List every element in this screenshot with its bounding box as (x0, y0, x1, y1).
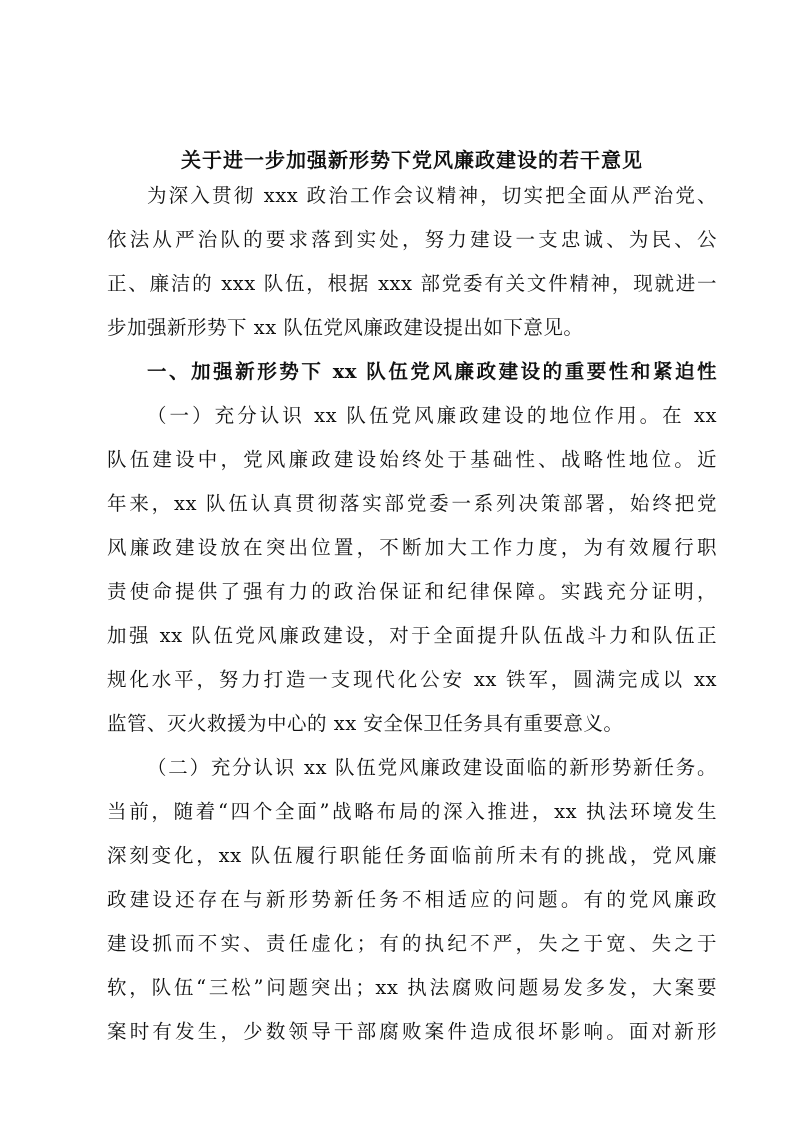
paragraph-line: 责使命提供了强有力的政治保证和纪律保障。实践充分证明， (107, 578, 717, 606)
paragraph-line: 队伍建设中，党风廉政建设始终处于基础性、战略性地位。近 (107, 446, 717, 474)
paragraph-line: 政建设还存在与新形势新任务不相适应的问题。有的党风廉政 (107, 886, 717, 914)
paragraph-line: 软，队伍“三松”问题突出；xx 执法腐败问题易发多发，大案要 (107, 974, 717, 1002)
paragraph-line: 监管、灭火救援为中心的 xx 安全保卫任务具有重要意义。 (107, 710, 717, 738)
section-heading: 一、加强新形势下 xx 队伍党风廉政建设的重要性和紧迫性 (147, 358, 717, 386)
paragraph-line: 当前，随着“四个全面”战略布局的深入推进，xx 执法环境发生 (107, 798, 717, 826)
paragraph-line: 深刻变化，xx 队伍履行职能任务面临前所未有的挑战，党风廉 (107, 842, 717, 870)
paragraph-line: （二）充分认识 xx 队伍党风廉政建设面临的新形势新任务。 (147, 754, 717, 782)
paragraph-line: 规化水平，努力打造一支现代化公安 xx 铁军，圆满完成以 xx (107, 666, 717, 694)
paragraph-line: 年来，xx 队伍认真贯彻落实部党委一系列决策部署，始终把党 (107, 490, 717, 518)
paragraph-line: 正、廉洁的 xxx 队伍，根据 xxx 部党委有关文件精神，现就进一 (107, 270, 717, 298)
paragraph-line: 步加强新形势下 xx 队伍党风廉政建设提出如下意见。 (107, 314, 717, 342)
paragraph-line: 为深入贯彻 xxx 政治工作会议精神，切实把全面从严治党、 (147, 182, 717, 210)
paragraph-line: （一）充分认识 xx 队伍党风廉政建设的地位作用。在 xx (147, 402, 717, 430)
paragraph-line: 风廉政建设放在突出位置，不断加大工作力度，为有效履行职 (107, 534, 717, 562)
paragraph-line: 依法从严治队的要求落到实处，努力建设一支忠诚、为民、公 (107, 226, 717, 254)
paragraph-line: 案时有发生，少数领导干部腐败案件造成很坏影响。面对新形 (107, 1018, 717, 1046)
document-title: 关于进一步加强新形势下党风廉政建设的若干意见 (107, 146, 717, 174)
paragraph-line: 建设抓而不实、责任虚化；有的执纪不严，失之于宽、失之于 (107, 930, 717, 958)
paragraph-line: 加强 xx 队伍党风廉政建设，对于全面提升队伍战斗力和队伍正 (107, 622, 717, 650)
